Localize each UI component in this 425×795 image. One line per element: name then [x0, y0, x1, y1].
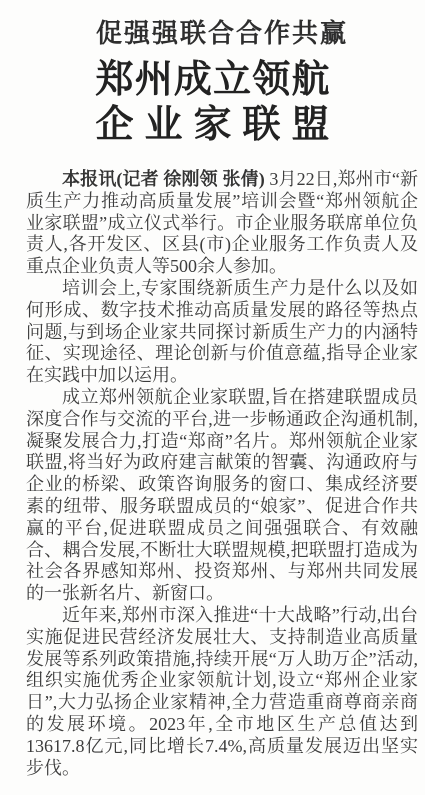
newspaper-article-page: 促强强联合合作共赢 郑州成立领航 企业家联盟 本报讯(记者 徐刚领 张倩) 3月…	[0, 0, 425, 795]
paragraph-4: 近年来,郑州市深入推进“十大战略”行动,出台实施促进民营经济发展壮大、支持制造业…	[26, 605, 418, 779]
article-body: 本报讯(记者 徐刚领 张倩) 3月22日,郑州市“新质生产力推动高质量发展”培训…	[26, 169, 418, 779]
article-kicker: 促强强联合合作共赢	[26, 18, 418, 48]
lead-in: 本报讯(记者 徐刚领 张倩)	[62, 169, 269, 189]
article-headline: 郑州成立领航 企业家联盟	[96, 58, 330, 148]
paragraph-2: 培训会上,专家围绕新质生产力是什么以及如何形成、数字技术推动高质量发展的路径等热…	[26, 278, 418, 387]
headline-line-1: 郑州成立领航	[96, 58, 330, 103]
headline-line-2: 企业家联盟	[96, 103, 330, 148]
paragraph-3: 成立郑州领航企业家联盟,旨在搭建联盟成员深度合作与交流的平台,进一步畅通政企沟通…	[26, 387, 418, 605]
lead-in-label: 本报讯	[62, 169, 116, 189]
byline: (记者 徐刚领 张倩)	[116, 169, 264, 189]
paragraph-1: 本报讯(记者 徐刚领 张倩) 3月22日,郑州市“新质生产力推动高质量发展”培训…	[26, 169, 418, 278]
